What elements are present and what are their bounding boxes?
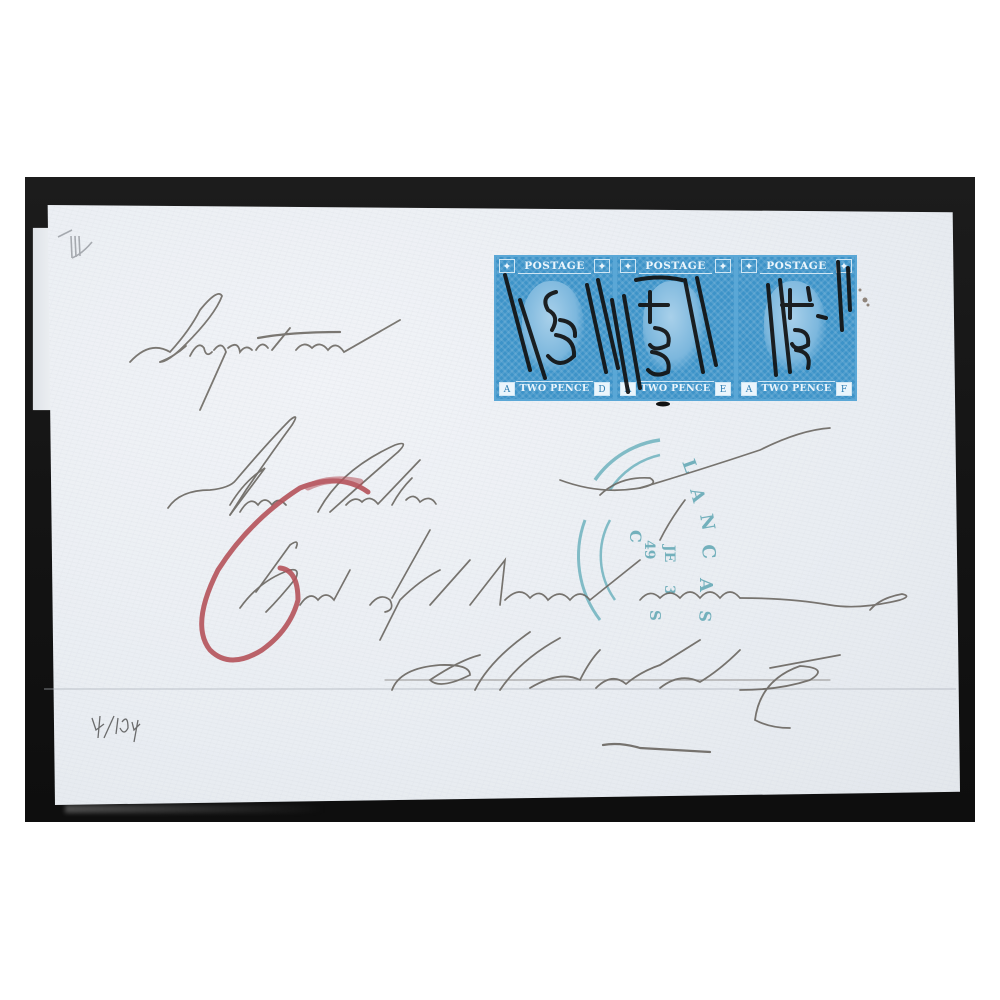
stamp-value-label: TWO PENCE [637,381,714,396]
stamp-corner-letter-right: F [836,382,852,396]
stamp-corner-letter-left: A [620,382,636,396]
stamp-two-pence-ae: ✦ POSTAGE ✦ A TWO PENCE E [615,255,736,401]
star-corner-icon: ✦ [620,259,636,273]
stamp-two-pence-af: ✦ POSTAGE ✦ A TWO PENCE F [736,255,857,401]
stamp-top-label: POSTAGE [760,259,833,274]
stamp-value-label: TWO PENCE [516,381,593,396]
stamp-top-label: POSTAGE [518,259,591,274]
stamp-corner-letter-left: A [741,382,757,396]
queen-portrait-icon [522,281,584,371]
star-corner-icon: ✦ [715,259,731,273]
star-corner-icon: ✦ [594,259,610,273]
stamp-corner-letter-right: D [594,382,610,396]
star-corner-icon: ✦ [741,259,757,273]
stamp-two-pence-ad: ✦ POSTAGE ✦ A TWO PENCE D [494,255,615,401]
queen-portrait-icon [643,281,705,371]
queen-portrait-icon [764,281,826,371]
star-corner-icon: ✦ [836,259,852,273]
paper-fold-line [44,688,956,690]
stamp-top-label: POSTAGE [639,259,712,274]
stamp-corner-letter-right: E [715,382,731,396]
stamp-corner-letter-left: A [499,382,515,396]
star-corner-icon: ✦ [499,259,515,273]
stamp-value-label: TWO PENCE [758,381,835,396]
